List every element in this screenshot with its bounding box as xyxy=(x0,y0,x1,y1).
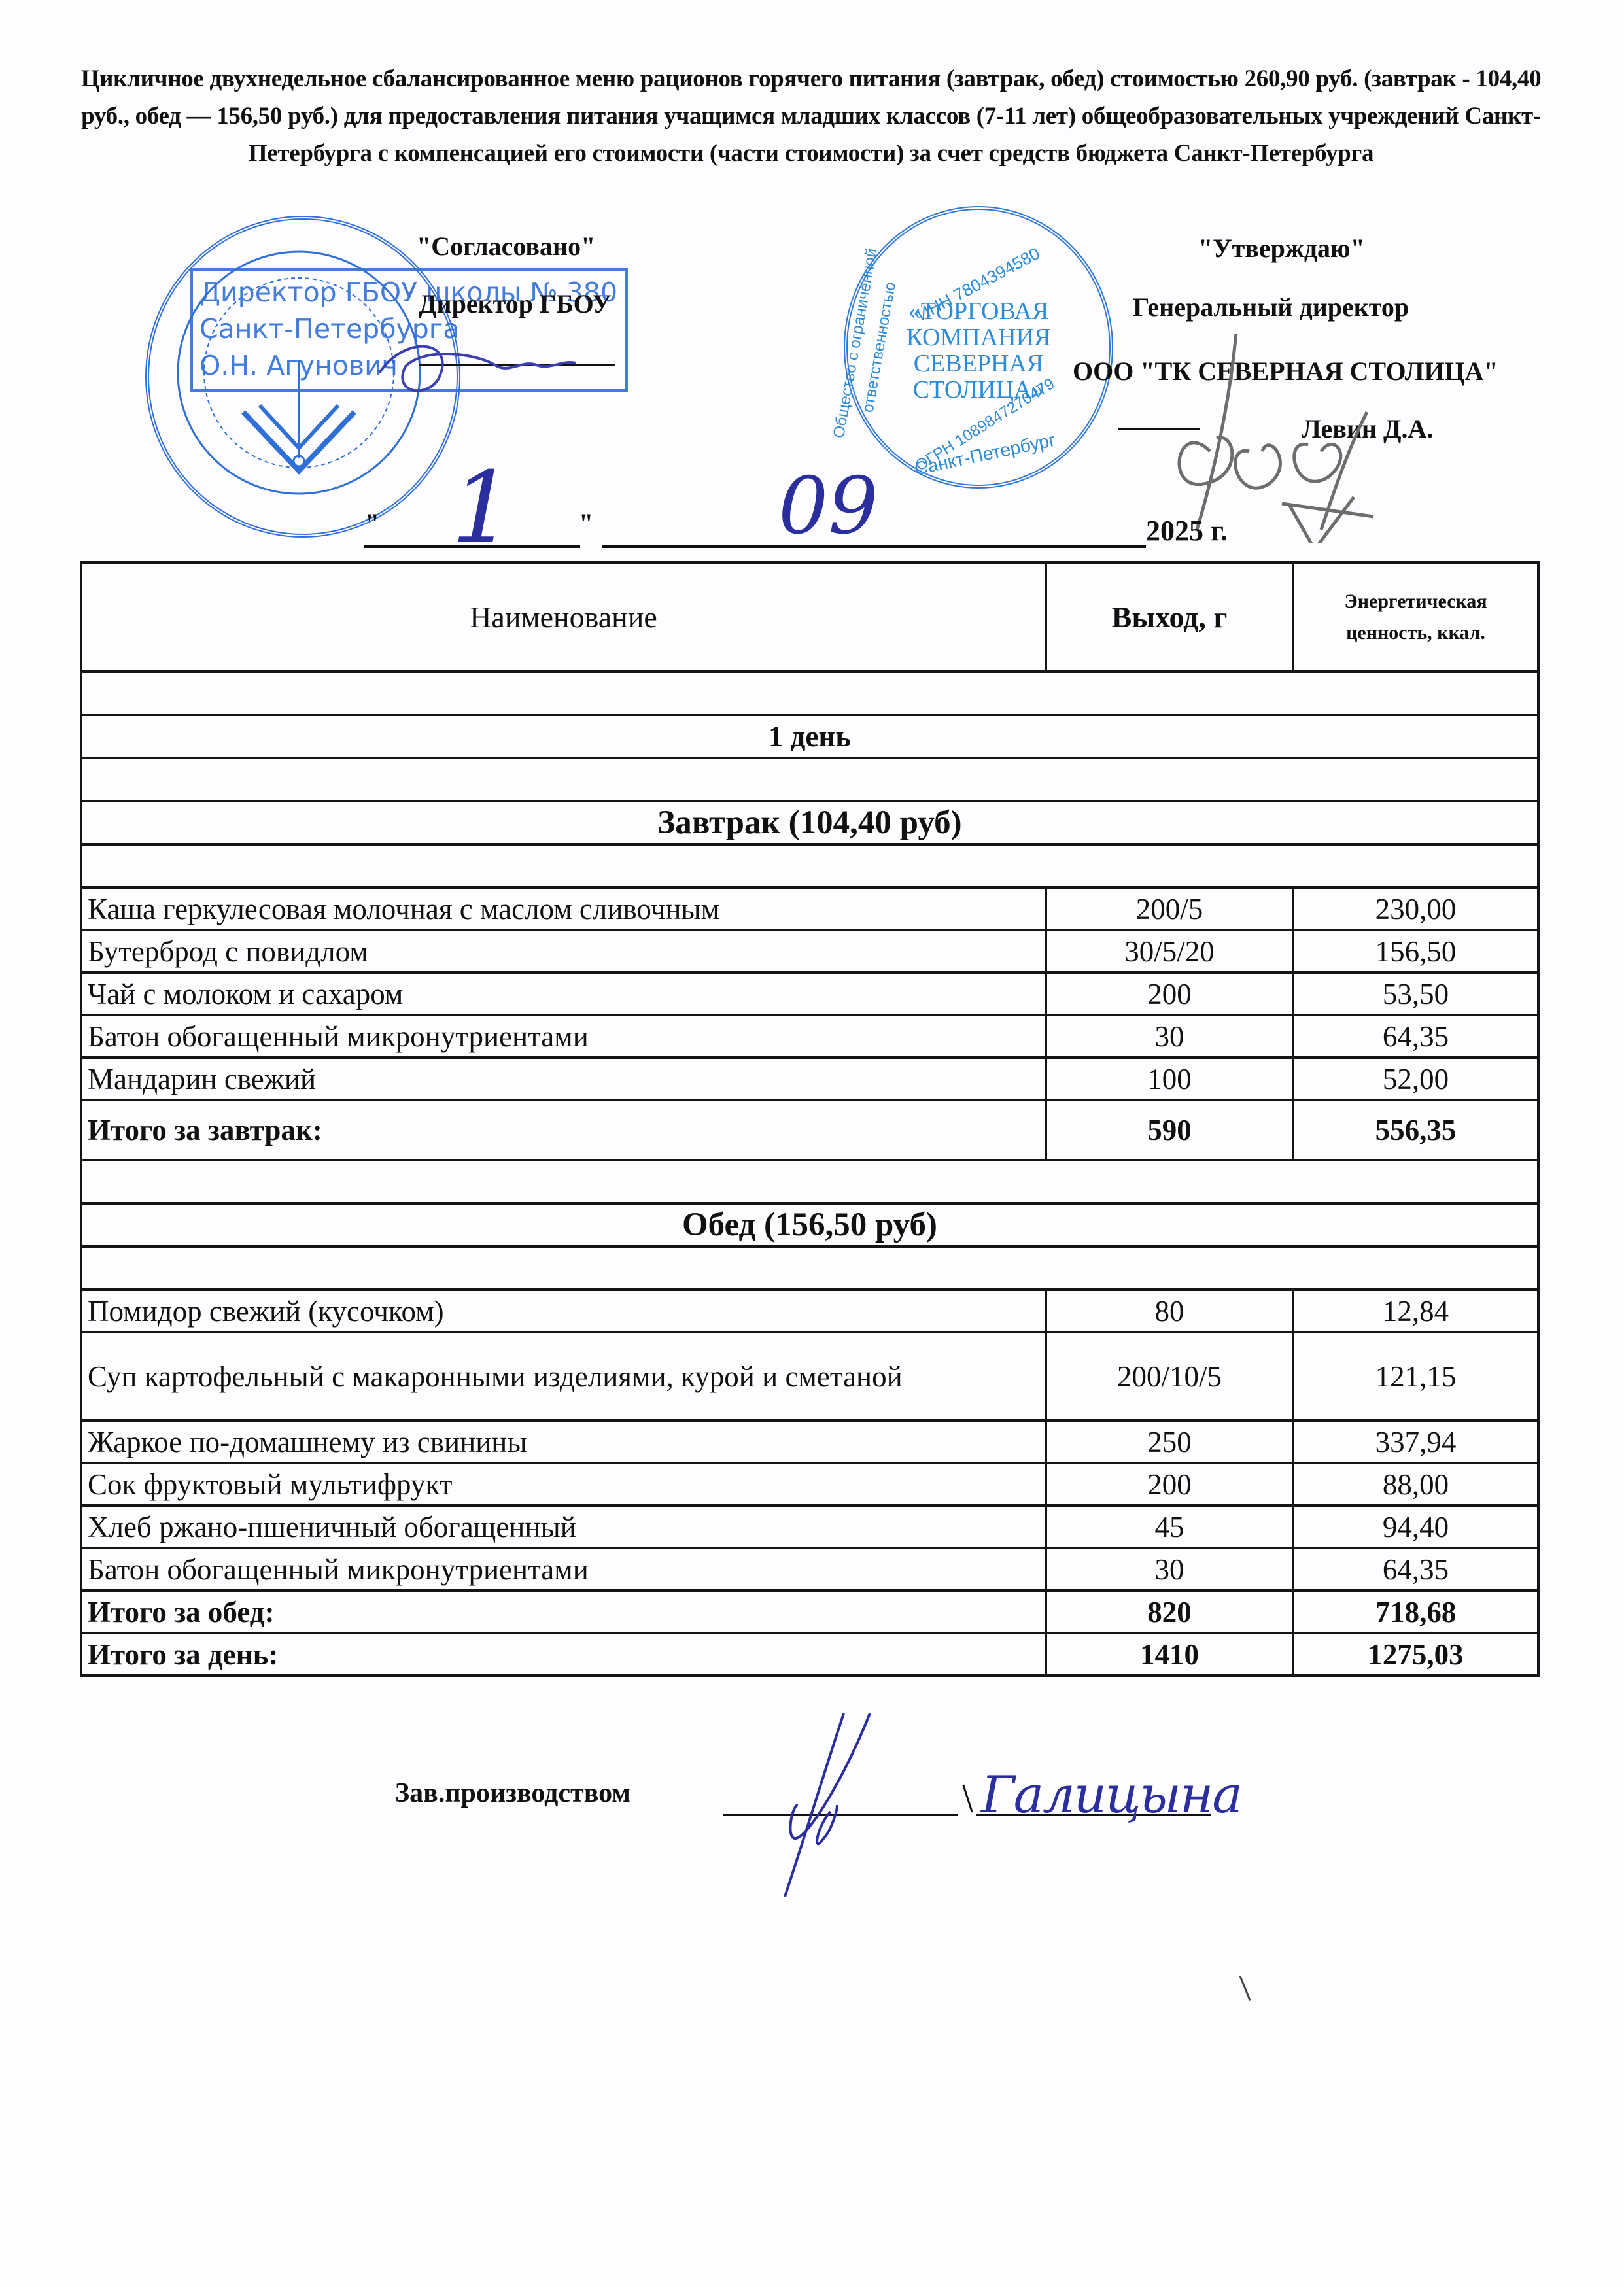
day-total-row: Итого за день: 1410 1275,03 xyxy=(81,1633,1538,1676)
table-row: Суп картофельный с макаронными изделиями… xyxy=(81,1332,1538,1420)
breakfast-section-row: Завтрак (104,40 руб) xyxy=(81,801,1538,844)
total-kcal: 718,68 xyxy=(1293,1591,1538,1633)
dish-kcal: 88,00 xyxy=(1293,1463,1538,1505)
dish-name: Хлеб ржано-пшеничный обогащенный xyxy=(81,1505,1046,1548)
table-header-row: Наименование Выход, г Энергетическая цен… xyxy=(81,562,1538,672)
dish-yield: 80 xyxy=(1046,1290,1293,1332)
table-row: Хлеб ржано-пшеничный обогащенный 45 94,4… xyxy=(81,1505,1538,1548)
day-label: 1 день xyxy=(81,715,1538,758)
agreed-position: Директор ГБОУ xyxy=(419,290,612,318)
table-row: Жаркое по-домашнему из свинины 250 337,9… xyxy=(81,1420,1538,1463)
total-yield: 1410 xyxy=(1046,1633,1293,1676)
dish-kcal: 230,00 xyxy=(1293,887,1538,930)
date-month: 09 xyxy=(778,461,878,552)
general-director-signature xyxy=(1138,320,1413,543)
production-manager-label: Зав.производством xyxy=(395,1779,631,1808)
dish-yield: 30/5/20 xyxy=(1046,930,1293,972)
lunch-title: Обед (156,50 руб) xyxy=(81,1203,1538,1247)
dish-kcal: 121,15 xyxy=(1293,1332,1538,1420)
lunch-total-row: Итого за обед: 820 718,68 xyxy=(81,1591,1538,1633)
date-year: 2025 г. xyxy=(1146,517,1228,545)
total-label: Итого за обед: xyxy=(81,1591,1046,1633)
director-signature xyxy=(366,327,602,405)
dish-kcal: 53,50 xyxy=(1293,972,1538,1015)
column-header-energy: Энергетическая ценность, ккал. xyxy=(1293,562,1538,672)
spacer-row xyxy=(81,1247,1538,1290)
dish-kcal: 337,94 xyxy=(1293,1420,1538,1463)
dish-kcal: 52,00 xyxy=(1293,1058,1538,1100)
dish-kcal: 12,84 xyxy=(1293,1290,1538,1332)
dish-name: Сок фруктовый мультифрукт xyxy=(81,1463,1046,1505)
spacer-row xyxy=(81,672,1538,715)
table-row: Батон обогащенный микронутриентами 30 64… xyxy=(81,1548,1538,1591)
table-row: Бутерброд с повидлом 30/5/20 156,50 xyxy=(81,930,1538,972)
table-row: Чай с молоком и сахаром 200 53,50 xyxy=(81,972,1538,1015)
spacer-row xyxy=(81,758,1538,801)
column-header-yield: Выход, г xyxy=(1046,562,1293,672)
total-label: Итого за день: xyxy=(81,1633,1046,1676)
dish-name: Батон обогащенный микронутриентами xyxy=(81,1015,1046,1058)
dish-yield: 30 xyxy=(1046,1548,1293,1591)
menu-table: Наименование Выход, г Энергетическая цен… xyxy=(80,561,1540,1677)
dish-name: Суп картофельный с макаронными изделиями… xyxy=(81,1332,1046,1420)
dish-name: Помидор свежий (кусочком) xyxy=(81,1290,1046,1332)
dish-name: Каша геркулесовая молочная с маслом слив… xyxy=(81,887,1046,930)
company-round-stamp: ИНН 7804394580 «ТОРГОВАЯ КОМПАНИЯ СЕВЕРН… xyxy=(844,206,1113,489)
dish-name: Бутерброд с повидлом xyxy=(81,930,1046,972)
day-row: 1 день xyxy=(81,715,1538,758)
dish-name: Мандарин свежий xyxy=(81,1058,1046,1100)
dish-yield: 30 xyxy=(1046,1015,1293,1058)
date-day: 1 xyxy=(451,451,513,565)
spacer-row xyxy=(81,1160,1538,1203)
dish-yield: 200/10/5 xyxy=(1046,1332,1293,1420)
dish-yield: 45 xyxy=(1046,1505,1293,1548)
dish-name: Чай с молоком и сахаром xyxy=(81,972,1046,1015)
table-row: Сок фруктовый мультифрукт 200 88,00 xyxy=(81,1463,1538,1505)
dish-yield: 100 xyxy=(1046,1058,1293,1100)
total-kcal: 556,35 xyxy=(1293,1100,1538,1160)
dish-yield: 200 xyxy=(1046,1463,1293,1505)
total-yield: 590 xyxy=(1046,1100,1293,1160)
dish-kcal: 64,35 xyxy=(1293,1015,1538,1058)
lunch-section-row: Обед (156,50 руб) xyxy=(81,1203,1538,1247)
dish-kcal: 64,35 xyxy=(1293,1548,1538,1591)
breakfast-title: Завтрак (104,40 руб) xyxy=(81,801,1538,844)
dish-yield: 200/5 xyxy=(1046,887,1293,930)
table-row: Каша геркулесовая молочная с маслом слив… xyxy=(81,887,1538,930)
column-header-name: Наименование xyxy=(81,562,1046,672)
dish-name: Батон обогащенный микронутриентами xyxy=(81,1548,1046,1591)
dish-name: Жаркое по-домашнему из свинины xyxy=(81,1420,1046,1463)
approve-position: Генеральный директор xyxy=(1133,293,1409,322)
table-row: Мандарин свежий 100 52,00 xyxy=(81,1058,1538,1100)
approve-label: "Утверждаю" xyxy=(1198,234,1365,263)
dish-yield: 200 xyxy=(1046,972,1293,1015)
breakfast-total-row: Итого за завтрак: 590 556,35 xyxy=(81,1100,1538,1160)
date-close-quote: " xyxy=(579,509,593,538)
dish-kcal: 156,50 xyxy=(1293,930,1538,972)
date-open-quote: " xyxy=(365,509,379,538)
spacer-row xyxy=(81,844,1538,887)
dish-yield: 250 xyxy=(1046,1420,1293,1463)
dish-kcal: 94,40 xyxy=(1293,1505,1538,1548)
total-label: Итого за завтрак: xyxy=(81,1100,1046,1160)
table-row: Помидор свежий (кусочком) 80 12,84 xyxy=(81,1290,1538,1332)
production-manager-signature xyxy=(733,1707,1007,1903)
table-row: Батон обогащенный микронутриентами 30 64… xyxy=(81,1015,1538,1058)
total-kcal: 1275,03 xyxy=(1293,1633,1538,1676)
total-yield: 820 xyxy=(1046,1591,1293,1633)
document-title: Цикличное двухнедельное сбалансированное… xyxy=(72,60,1550,172)
scan-mark xyxy=(1239,1976,1251,2001)
agreed-label: "Согласовано" xyxy=(417,232,595,261)
production-manager-name: Галицына xyxy=(981,1766,1241,1825)
